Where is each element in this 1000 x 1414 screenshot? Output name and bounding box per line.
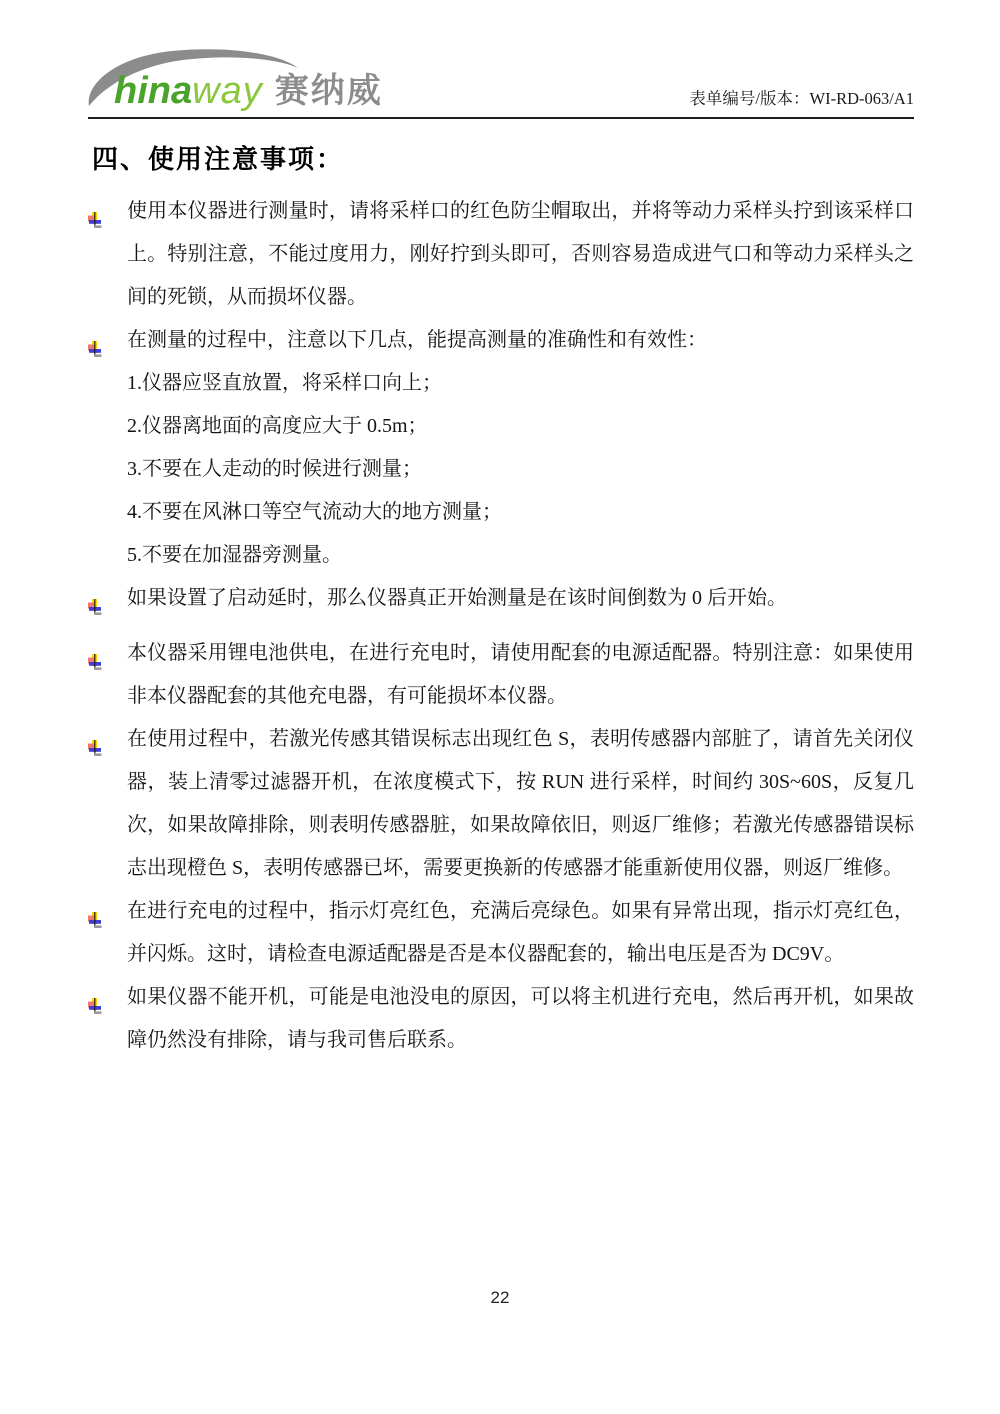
bullet-body: 如果仪器不能开机，可能是电池没电的原因，可以将主机进行充电，然后再开机，如果故障… bbox=[127, 976, 914, 1062]
colored-cross-bullet-icon bbox=[88, 319, 127, 577]
colored-cross-bullet-icon bbox=[88, 890, 127, 976]
chinaway-logo: hina way 赛纳威 bbox=[88, 50, 383, 114]
colored-cross-bullet-icon bbox=[88, 190, 127, 319]
brand-text-hina: hina bbox=[114, 72, 192, 114]
bullet-item: 在测量的过程中，注意以下几点，能提高测量的准确性和有效性： 1.仪器应竖直放置，… bbox=[88, 319, 914, 577]
bullet-body: 本仪器采用锂电池供电，在进行充电时，请使用配套的电源适配器。特别注意：如果使用非… bbox=[127, 632, 914, 718]
sub-item: 5.不要在加湿器旁测量。 bbox=[127, 534, 914, 577]
colored-cross-bullet-icon bbox=[88, 577, 127, 632]
bullet-body: 在测量的过程中，注意以下几点，能提高测量的准确性和有效性： 1.仪器应竖直放置，… bbox=[127, 319, 914, 577]
bullet-item: 如果设置了启动延时，那么仪器真正开始测量是在该时间倒数为 0 后开始。 bbox=[88, 577, 914, 632]
form-code-label: 表单编号/版本：WI-RD-063/A1 bbox=[689, 85, 914, 114]
bullet-text: 使用本仪器进行测量时，请将采样口的红色防尘帽取出，并将等动力采样头拧到该采样口上… bbox=[127, 190, 914, 319]
bullet-text: 如果设置了启动延时，那么仪器真正开始测量是在该时间倒数为 0 后开始。 bbox=[127, 577, 914, 620]
bullet-body: 如果设置了启动延时，那么仪器真正开始测量是在该时间倒数为 0 后开始。 bbox=[127, 577, 914, 632]
brand-text-way: way bbox=[192, 72, 263, 114]
bullet-item: 如果仪器不能开机，可能是电池没电的原因，可以将主机进行充电，然后再开机，如果故障… bbox=[88, 976, 914, 1062]
bullet-item: 本仪器采用锂电池供电，在进行充电时，请使用配套的电源适配器。特别注意：如果使用非… bbox=[88, 632, 914, 718]
bullet-body: 使用本仪器进行测量时，请将采样口的红色防尘帽取出，并将等动力采样头拧到该采样口上… bbox=[127, 190, 914, 319]
page-number: 22 bbox=[0, 1288, 1000, 1308]
colored-cross-bullet-icon bbox=[88, 632, 127, 718]
document-page: hina way 赛纳威 表单编号/版本：WI-RD-063/A1 四、使用注意… bbox=[0, 0, 1000, 1414]
colored-cross-bullet-icon bbox=[88, 976, 127, 1062]
bullet-item: 在使用过程中，若激光传感其错误标志出现红色 S，表明传感器内部脏了，请首先关闭仪… bbox=[88, 718, 914, 890]
bullet-text: 本仪器采用锂电池供电，在进行充电时，请使用配套的电源适配器。特别注意：如果使用非… bbox=[127, 632, 914, 718]
bullet-item: 在进行充电的过程中，指示灯亮红色，充满后亮绿色。如果有异常出现，指示灯亮红色，并… bbox=[88, 890, 914, 976]
bullet-body: 在进行充电的过程中，指示灯亮红色，充满后亮绿色。如果有异常出现，指示灯亮红色，并… bbox=[127, 890, 914, 976]
colored-cross-bullet-icon bbox=[88, 718, 127, 890]
page-header: hina way 赛纳威 表单编号/版本：WI-RD-063/A1 bbox=[0, 0, 1000, 119]
bullet-body: 在使用过程中，若激光传感其错误标志出现红色 S，表明传感器内部脏了，请首先关闭仪… bbox=[127, 718, 914, 890]
sub-item: 1.仪器应竖直放置，将采样口向上； bbox=[127, 362, 914, 405]
sub-item: 4.不要在风淋口等空气流动大的地方测量； bbox=[127, 491, 914, 534]
sub-item: 3.不要在人走动的时候进行测量； bbox=[127, 448, 914, 491]
sub-item: 2.仪器离地面的高度应大于 0.5m； bbox=[127, 405, 914, 448]
sub-item-list: 1.仪器应竖直放置，将采样口向上；2.仪器离地面的高度应大于 0.5m；3.不要… bbox=[127, 362, 914, 577]
bullet-text: 在测量的过程中，注意以下几点，能提高测量的准确性和有效性： bbox=[127, 319, 914, 362]
bullet-text: 在进行充电的过程中，指示灯亮红色，充满后亮绿色。如果有异常出现，指示灯亮红色，并… bbox=[127, 890, 914, 976]
brand-text-chinese: 赛纳威 bbox=[275, 74, 383, 114]
bullet-list: 使用本仪器进行测量时，请将采样口的红色防尘帽取出，并将等动力采样头拧到该采样口上… bbox=[0, 190, 1000, 1062]
bullet-item: 使用本仪器进行测量时，请将采样口的红色防尘帽取出，并将等动力采样头拧到该采样口上… bbox=[88, 190, 914, 319]
bullet-text: 在使用过程中，若激光传感其错误标志出现红色 S，表明传感器内部脏了，请首先关闭仪… bbox=[127, 718, 914, 890]
bullet-text: 如果仪器不能开机，可能是电池没电的原因，可以将主机进行充电，然后再开机，如果故障… bbox=[127, 976, 914, 1062]
page-title: 四、使用注意事项： bbox=[92, 139, 914, 176]
header-row: hina way 赛纳威 表单编号/版本：WI-RD-063/A1 bbox=[88, 50, 914, 119]
